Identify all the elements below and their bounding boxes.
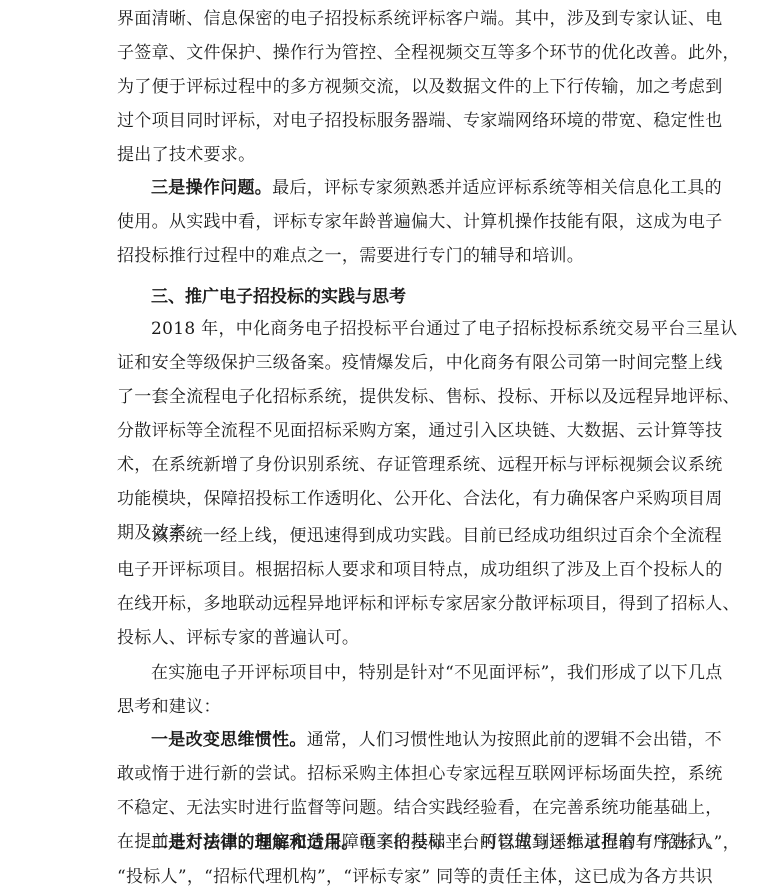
- paragraph-operation-issue: 三是操作问题。最后，评标专家须熟悉并适应评标系统等相关信息化工具的 使用。从实践…: [117, 171, 665, 273]
- text-run: 通常，人们习惯性地认为按照此前的逻辑不会出错，不: [307, 730, 722, 750]
- text-line: 功能模块，保障招投标工作透明化、公开化、合法化，有力确保客户采购项目周: [117, 482, 665, 516]
- paragraph-technical-requirements: 界面清晰、信息保密的电子招投标系统评标客户端。其中，涉及到专家认证、电 子签章、…: [117, 2, 665, 172]
- section-heading: 三、推广电子招投标的实践与思考: [117, 280, 665, 314]
- text-run: 电子招投标平台的管理与运维承担着与“招标人”，: [359, 833, 740, 853]
- section-heading-wrapper: 三、推广电子招投标的实践与思考: [117, 280, 665, 314]
- text-line: 该系统一经上线，便迅速得到成功实践。目前已经成功组织过百余个全流程: [117, 519, 665, 553]
- lead-bold-text: 三是操作问题。: [151, 178, 272, 198]
- text-run: 最后，评标专家须熟悉并适应评标系统等相关信息化工具的: [272, 178, 722, 198]
- text-line: 2018 年，中化商务电子招投标平台通过了电子招标投标系统交易平台三星认: [117, 312, 665, 346]
- text-line: 术，在系统新增了身份识别系统、存证管理系统、远程开标与评标视频会议系统: [117, 448, 665, 482]
- text-line: 在线开标，多地联动远程异地评标和评标专家居家分散评标项目，得到了招标人、: [117, 587, 665, 621]
- text-line: 二是对法律的理解和适用。电子招投标平台的管理与运维承担着与“招标人”，: [117, 826, 665, 860]
- text-line: 为了便于评标过程中的多方视频交流，以及数据文件的上下行传输，加之考虑到: [117, 70, 665, 104]
- text-line: 电子开评标项目。根据招标人要求和项目特点，成功组织了涉及上百个投标人的: [117, 553, 665, 587]
- text-line: 思考和建议：: [117, 690, 665, 724]
- text-line: 一是改变思维惯性。通常，人们习惯性地认为按照此前的逻辑不会出错，不: [117, 723, 665, 757]
- text-line: 证和安全等级保护三级备案。疫情爆发后，中化商务有限公司第一时间完整上线: [117, 346, 665, 380]
- paragraph-legal-understanding: 二是对法律的理解和适用。电子招投标平台的管理与运维承担着与“招标人”， “投标人…: [117, 826, 665, 890]
- text-line: 招投标推行过程中的难点之一，需要进行专门的辅导和培训。: [117, 239, 665, 273]
- lead-bold-text: 二是对法律的理解和适用。: [151, 833, 359, 853]
- paragraph-system-practice: 该系统一经上线，便迅速得到成功实践。目前已经成功组织过百余个全流程 电子开评标项…: [117, 519, 665, 655]
- lead-bold-text: 一是改变思维惯性。: [151, 730, 307, 750]
- text-line: 提出了技术要求。: [117, 138, 665, 172]
- text-line: 了一套全流程电子化招标系统，提供发标、售标、投标、开标以及远程异地评标、: [117, 380, 665, 414]
- paragraph-suggestions-intro: 在实施电子开评标项目中，特别是针对“不见面评标”，我们形成了以下几点 思考和建议…: [117, 656, 665, 724]
- text-line: 不稳定、无法实时进行监督等问题。结合实践经验看，在完善系统功能基础上，: [117, 791, 665, 825]
- text-line: 分散评标等全流程不见面招标采购方案，通过引入区块链、大数据、云计算等技: [117, 414, 665, 448]
- text-line: 子签章、文件保护、操作行为管控、全程视频交互等多个环节的优化改善。此外，: [117, 36, 665, 70]
- text-line: 界面清晰、信息保密的电子招投标系统评标客户端。其中，涉及到专家认证、电: [117, 2, 665, 36]
- text-line: “投标人”，“招标代理机构”，“评标专家” 同等的责任主体，这已成为各方共识: [117, 860, 665, 890]
- paragraph-platform-2018: 2018 年，中化商务电子招投标平台通过了电子招标投标系统交易平台三星认 证和安…: [117, 312, 665, 550]
- text-line: 投标人、评标专家的普遍认可。: [117, 621, 665, 655]
- text-line: 过个项目同时评标，对电子招投标服务器端、专家端网络环境的带宽、稳定性也: [117, 104, 665, 138]
- text-line: 三是操作问题。最后，评标专家须熟悉并适应评标系统等相关信息化工具的: [117, 171, 665, 205]
- text-line: 敢或惰于进行新的尝试。招标采购主体担心专家远程互联网评标场面失控，系统: [117, 757, 665, 791]
- text-line: 使用。从实践中看，评标专家年龄普遍偏大、计算机操作技能有限，这成为电子: [117, 205, 665, 239]
- text-line: 在实施电子开评标项目中，特别是针对“不见面评标”，我们形成了以下几点: [117, 656, 665, 690]
